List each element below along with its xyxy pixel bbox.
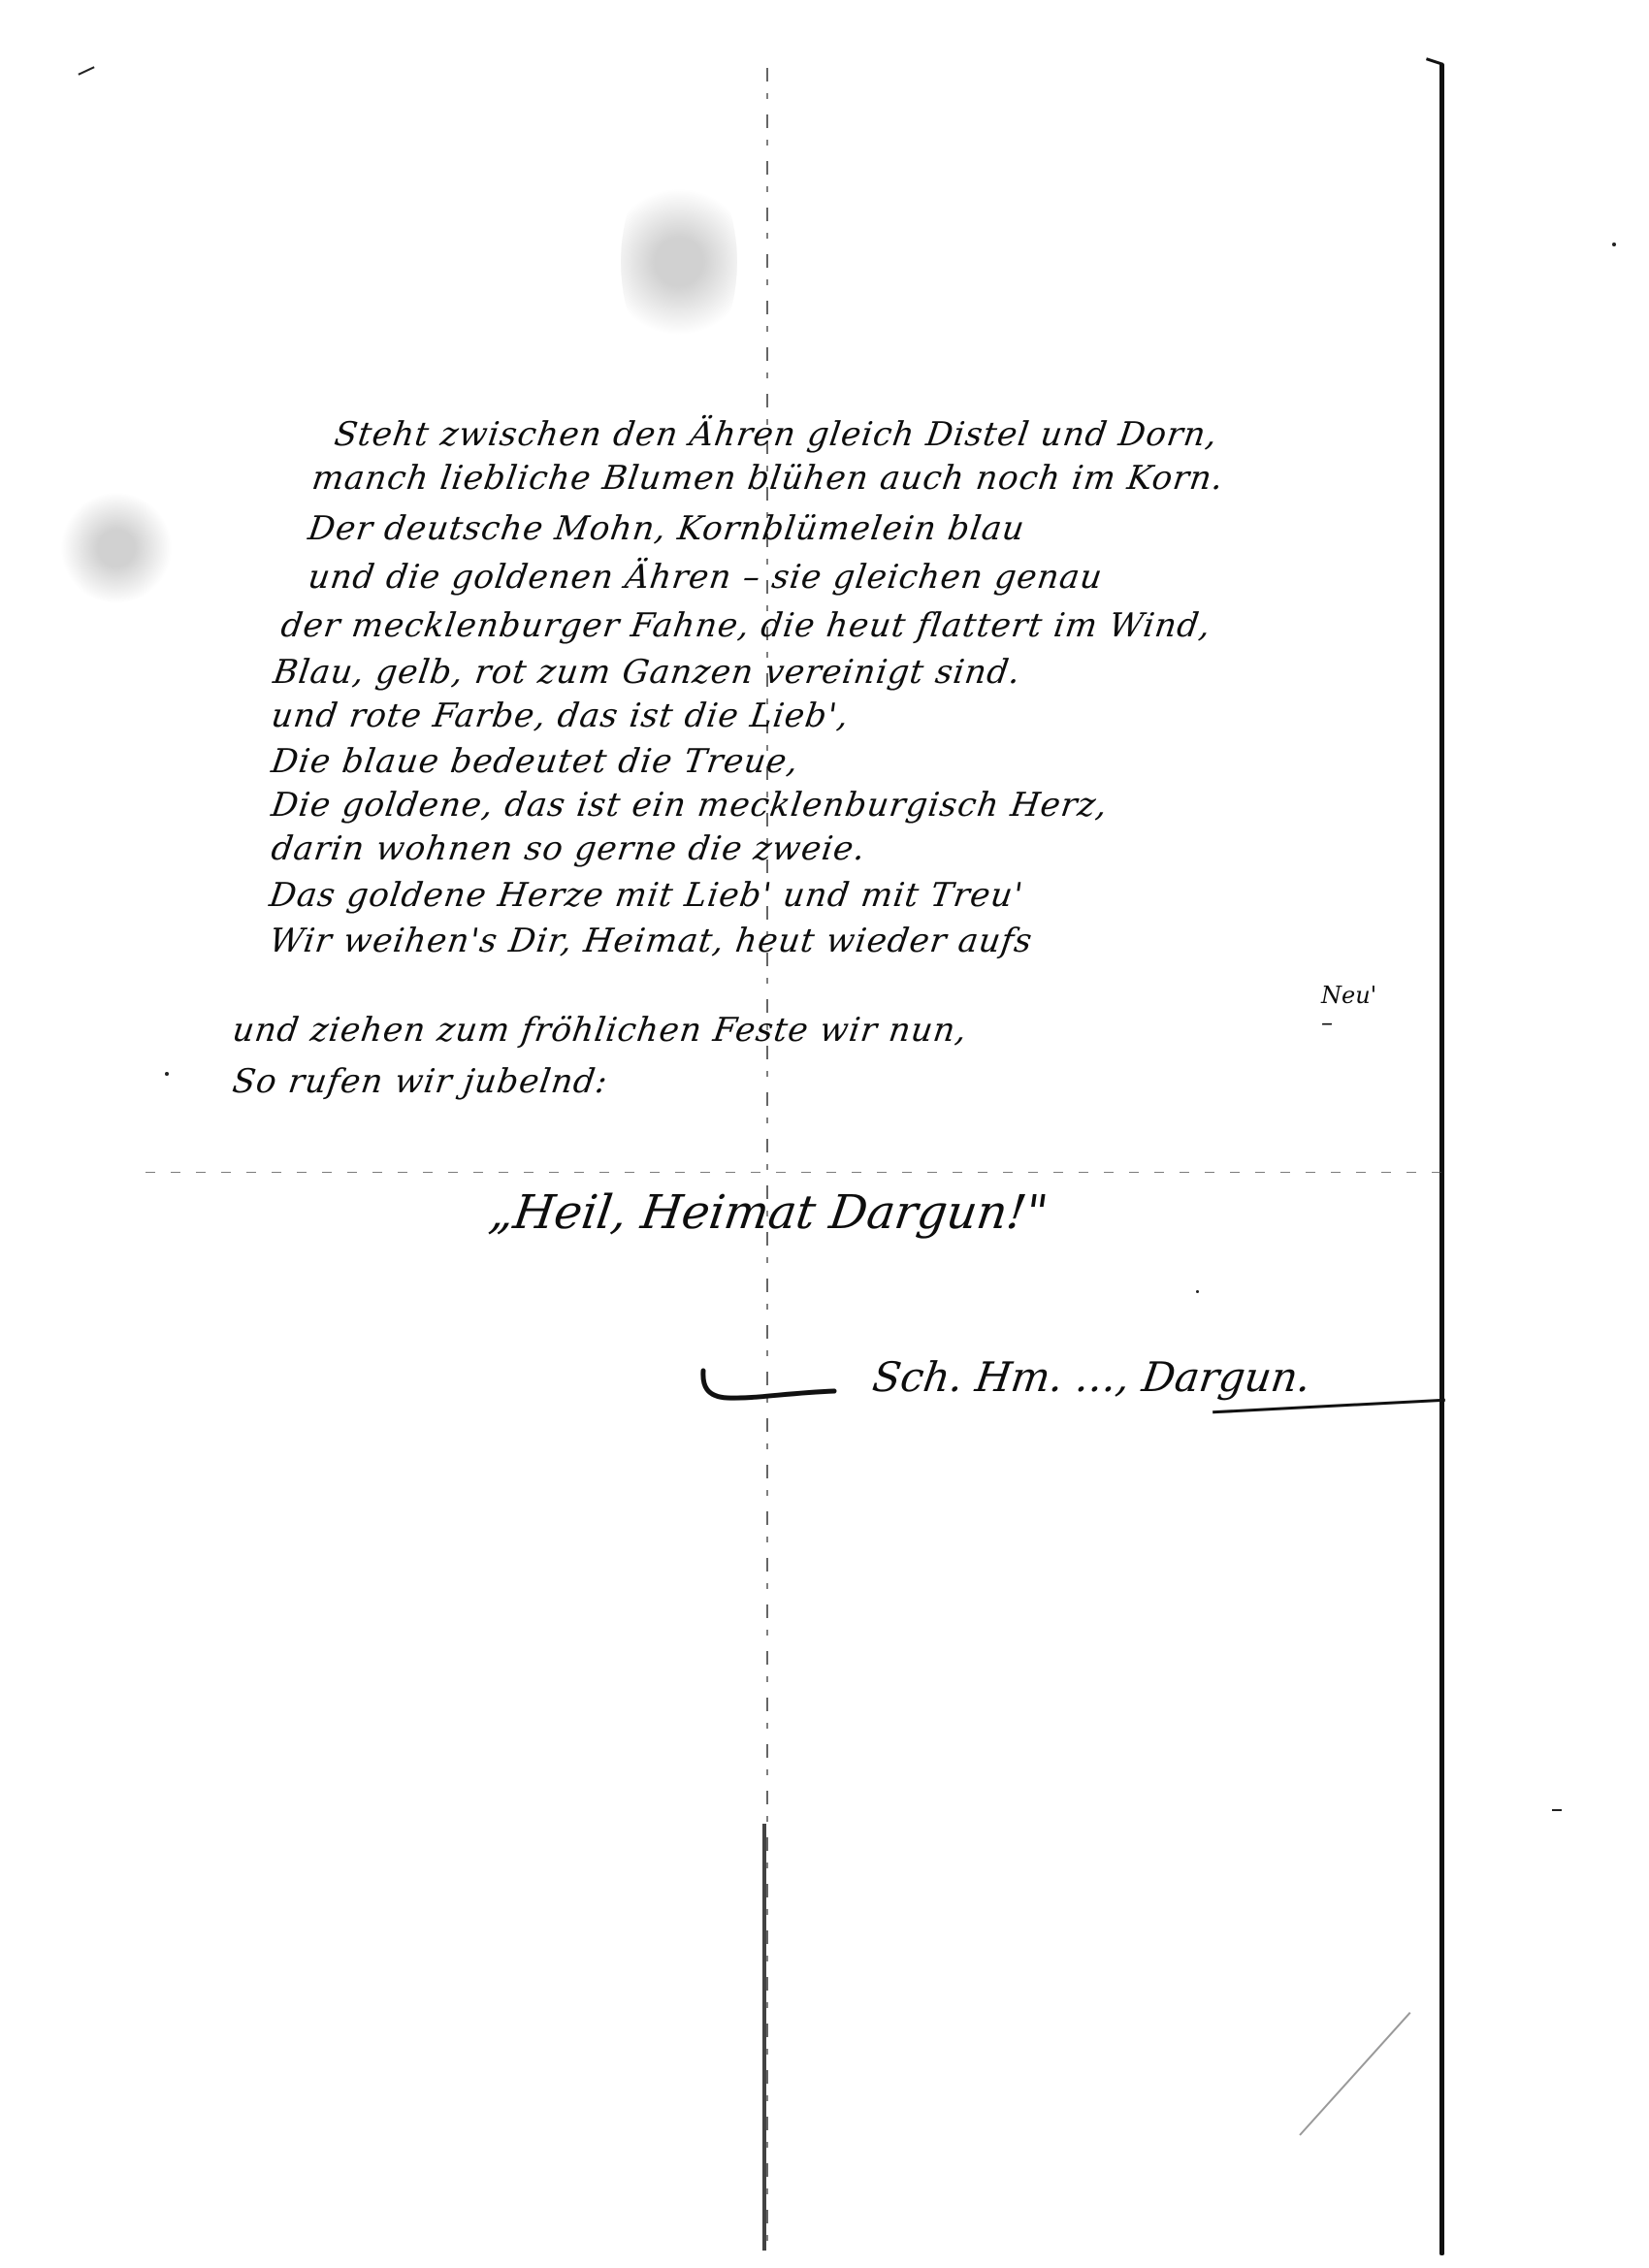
- ink-speck: [1196, 1290, 1199, 1293]
- signature: Sch. Hm. …, Dargun.: [870, 1353, 1314, 1401]
- vertical-fold-line: [766, 68, 768, 2251]
- ink-mark: [1552, 1809, 1562, 1811]
- poem-line: manch liebliche Blumen blühen auch noch …: [309, 459, 1226, 498]
- signature-underline: [1212, 1399, 1445, 1414]
- ink-speck: [165, 1072, 169, 1076]
- poem-line: So rufen wir jubelnd:: [230, 1062, 610, 1101]
- poem-line: und die goldenen Ähren – sie gleichen ge…: [306, 558, 1105, 597]
- ink-speck: [1612, 243, 1616, 246]
- scanned-page: Steht zwischen den Ähren gleich Distel u…: [0, 0, 1649, 2268]
- poem-line: darin wohnen so gerne die zweie.: [269, 829, 868, 868]
- inserted-word: Neu' –: [1321, 982, 1376, 1036]
- ink-mark: [78, 66, 94, 75]
- poem-line: Das goldene Herze mit Lieb' und mit Treu…: [267, 876, 1025, 915]
- poem-line: Blau, gelb, rot zum Ganzen vereinigt sin…: [271, 653, 1023, 692]
- paper-corner-mark: [1426, 57, 1443, 65]
- poem-line: Wir weihen's Dir, Heimat, heut wieder au…: [267, 922, 1035, 960]
- bleed-through-smudge: [48, 485, 184, 611]
- poem-line: Steht zwischen den Ähren gleich Distel u…: [332, 415, 1220, 454]
- poem-line: Die blaue bedeutet die Treue,: [269, 742, 801, 781]
- signature-flourish-icon: [698, 1366, 844, 1405]
- corner-tear: [1299, 2012, 1410, 2136]
- poem-line: und ziehen zum fröhlichen Feste wir nun,: [230, 1011, 970, 1050]
- vertical-fold-tear: [762, 1824, 766, 2251]
- poem-line: Die goldene, das ist ein mecklenburgisch…: [269, 786, 1110, 825]
- exclamation-line: „Heil, Heimat Dargun!": [486, 1185, 1051, 1240]
- bleed-through-smudge: [621, 155, 737, 369]
- poem-line: der mecklenburger Fahne, die heut flatte…: [278, 606, 1213, 645]
- poem-line: und rote Farbe, das ist die Lieb',: [269, 697, 852, 735]
- poem-line: Der deutsche Mohn, Kornblümelein blau: [306, 509, 1027, 548]
- paper-right-edge: [1439, 63, 1444, 2255]
- horizontal-fold-line: [145, 1172, 1445, 1173]
